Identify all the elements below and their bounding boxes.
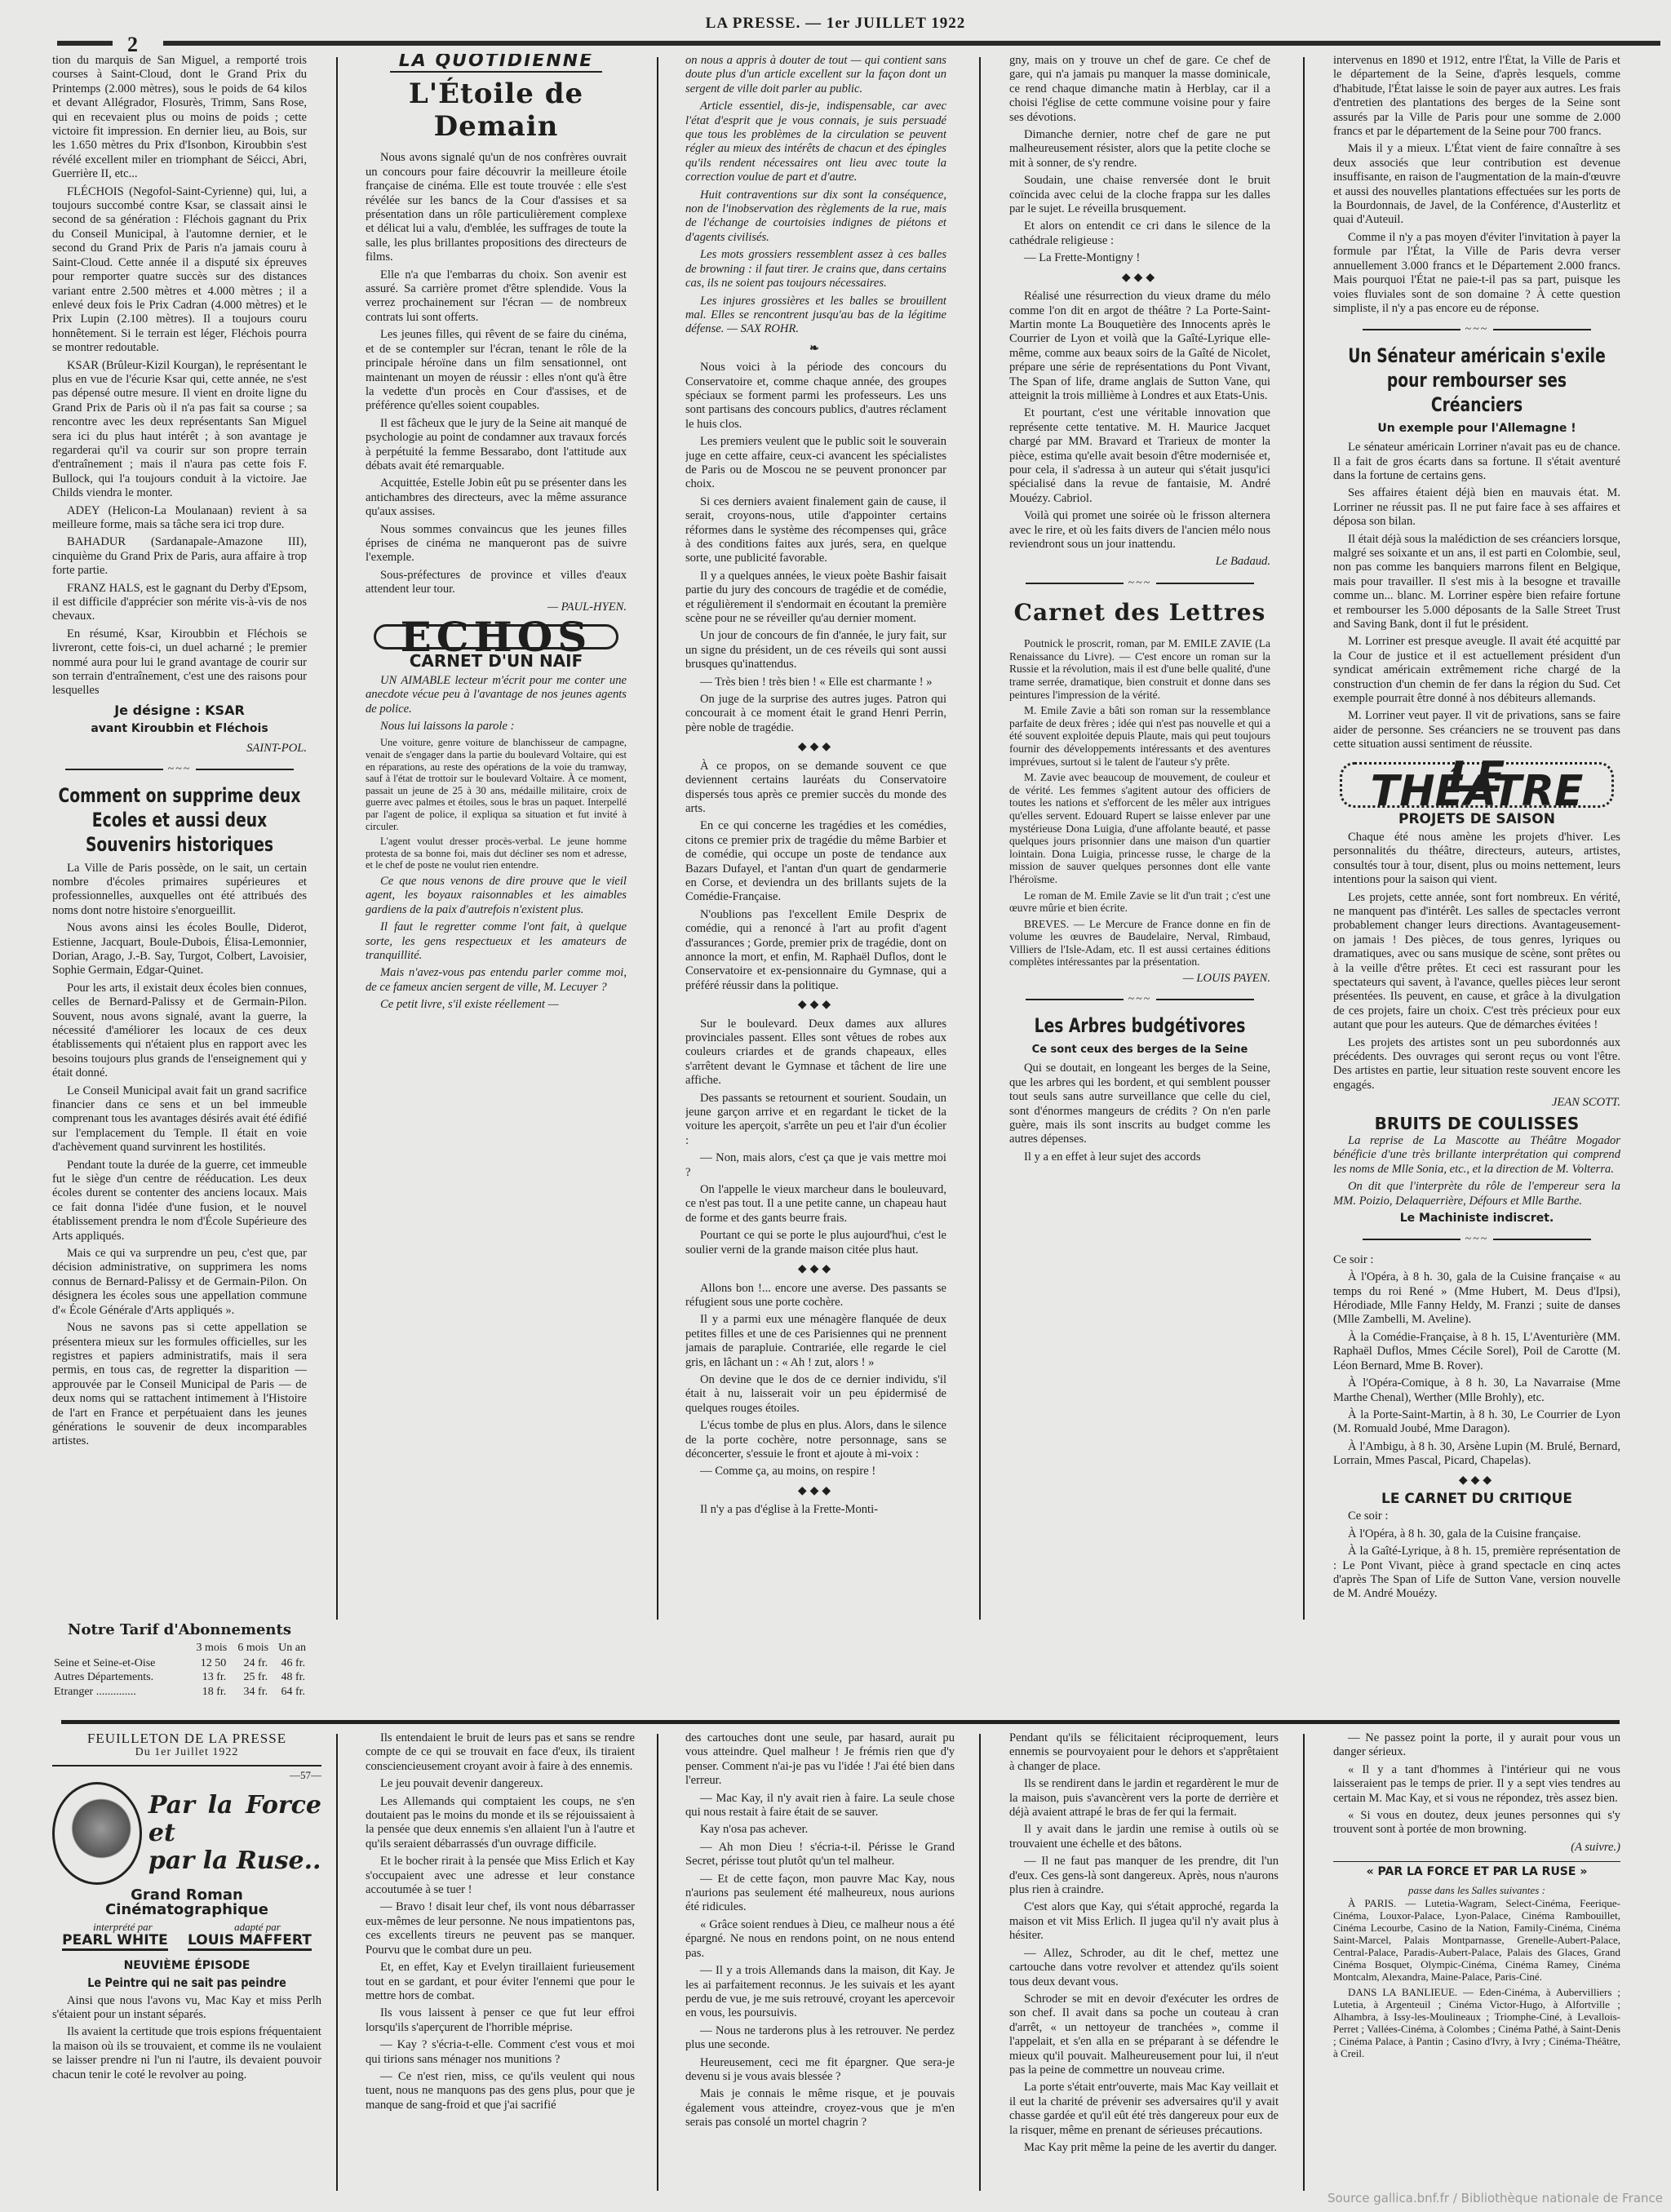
paragraph: Pour les arts, il existait deux écoles b… bbox=[52, 982, 307, 1081]
pick-line: Je désigne : KSAR bbox=[52, 703, 307, 717]
paragraph: Le jeu pouvait devenir dangereux. bbox=[366, 1777, 635, 1791]
paragraph: Il n'y a pas d'église à la Frette-Monti- bbox=[685, 1503, 946, 1517]
paragraph: ADEY (Helicon-La Moulanaan) revient à sa… bbox=[52, 504, 307, 533]
paragraph: Sur le boulevard. Deux dames aux allures… bbox=[685, 1017, 946, 1088]
feuilleton-column-3: des cartouches dont une seule, par hasar… bbox=[685, 1731, 955, 2196]
paragraph: Qui se doutait, en longeant les berges d… bbox=[1009, 1062, 1270, 1146]
paragraph: Chaque été nous amène les projets d'hive… bbox=[1333, 831, 1620, 888]
column-rule bbox=[657, 57, 658, 1620]
paragraph: — Ce n'est rien, miss, ce qu'ils veulent… bbox=[366, 2070, 635, 2112]
paragraph: « Grâce soient rendues à Dieu, ce malheu… bbox=[685, 1918, 955, 1961]
paragraph: À la Porte-Saint-Martin, à 8 h. 30, Le C… bbox=[1333, 1408, 1620, 1437]
paragraph: Des passants se retournent et sourient. … bbox=[685, 1092, 946, 1149]
paragraph: Il y a parmi eux une ménagère flanquée d… bbox=[685, 1313, 946, 1370]
column-rule bbox=[657, 1734, 658, 2191]
paragraph: — Bravo ! disait leur chef, ils vont nou… bbox=[366, 1900, 635, 1957]
paragraph: — Et de cette façon, mon pauvre Mac Kay,… bbox=[685, 1873, 955, 1915]
paragraph: Les premiers veulent que le public soit … bbox=[685, 435, 946, 492]
paragraph: Les jeunes filles, qui rêvent de se fair… bbox=[366, 328, 627, 413]
ornament: ❧ bbox=[685, 342, 946, 356]
table-header: 3 mois bbox=[186, 1640, 228, 1656]
ornament-divider: ~~~ bbox=[1009, 992, 1270, 1006]
screening-subtitle: passe dans les Salles suivantes : bbox=[1333, 1883, 1620, 1897]
subscription-table: 3 mois 6 mois Un an Seine et Seine-et-Oi… bbox=[52, 1640, 307, 1699]
paragraph: — Mac Kay, il n'y avait rien à faire. La… bbox=[685, 1792, 955, 1820]
paragraph: — Comme ça, au moins, on respire ! bbox=[685, 1465, 946, 1478]
newspaper-page: LA PRESSE. — 1er JUILLET 1922 2 tion du … bbox=[0, 0, 1671, 2212]
pick-line: avant Kiroubbin et Fléchois bbox=[52, 722, 307, 736]
paragraph: Et le bocher rirait à la pensée que Miss… bbox=[366, 1855, 635, 1897]
paragraph: — Non, mais alors, c'est ça que je vais … bbox=[685, 1151, 946, 1180]
continued-note: (A suivre.) bbox=[1333, 1841, 1620, 1855]
paragraph: À l'Opéra, à 8 h. 30, gala de la Cuisine… bbox=[1333, 1527, 1620, 1541]
feuilleton-subtitle: Grand Roman Cinématographique bbox=[52, 1888, 321, 1917]
paragraph: M. Lorriner est presque aveugle. Il avai… bbox=[1333, 635, 1620, 706]
paragraph: À l'Opéra, à 8 h. 30, gala de la Cuisine… bbox=[1333, 1270, 1620, 1328]
paragraph: À la Gaîté-Lyrique, à 8 h. 15, première … bbox=[1333, 1545, 1620, 1602]
paragraph: Ils se rendirent dans le jardin et regar… bbox=[1009, 1777, 1279, 1820]
echos-banner: ECHOS bbox=[374, 624, 618, 649]
paragraph: Schroder se mit en devoir d'exécuter les… bbox=[1009, 1993, 1279, 2077]
feuilleton-title: FEUILLETON DE LA PRESSE bbox=[52, 1731, 321, 1745]
paragraph: À l'Ambigu, à 8 h. 30, Arsène Lupin (M. … bbox=[1333, 1440, 1620, 1469]
ornament: ◆◆◆ bbox=[685, 1484, 946, 1498]
table-cell: Autres Départements. bbox=[52, 1670, 186, 1684]
table-cell: 24 fr. bbox=[228, 1656, 269, 1670]
table-cell: 48 fr. bbox=[269, 1670, 307, 1684]
rule bbox=[163, 41, 1660, 46]
paragraph: Il y avait dans le jardin une remise à o… bbox=[1009, 1823, 1279, 1851]
paragraph: Ils avaient la certitude que trois espio… bbox=[52, 2025, 321, 2082]
source-credit: Source gallica.bnf.fr / Bibliothèque nat… bbox=[1327, 2191, 1663, 2205]
ornament: ◆◆◆ bbox=[1333, 1474, 1620, 1487]
paragraph: Et, en effet, Kay et Evelyn tiraillaient… bbox=[366, 1961, 635, 2003]
paragraph: Ce soir : bbox=[1333, 1253, 1620, 1267]
installment-number: —57— bbox=[52, 1768, 321, 1782]
paragraph: FLÉCHOIS (Negofol-Saint-Cyrienne) qui, l… bbox=[52, 185, 307, 356]
paragraph: « Si vous en doutez, deux jeunes personn… bbox=[1333, 1809, 1620, 1837]
paragraph: Les projets des artistes sont un peu sub… bbox=[1333, 1036, 1620, 1093]
paragraph: Réalisé une résurrection du vieux drame … bbox=[1009, 290, 1270, 403]
paragraph: — Kay ? s'écria-t-elle. Comment c'est vo… bbox=[366, 2038, 635, 2067]
byline: — LOUIS PAYEN. bbox=[1009, 972, 1270, 986]
paragraph: Dimanche dernier, notre chef de gare ne … bbox=[1009, 128, 1270, 171]
column-rule bbox=[1303, 1734, 1305, 2191]
portrait-medallion-icon bbox=[52, 1782, 142, 1885]
paragraph: Kay n'osa pas achever. bbox=[685, 1823, 955, 1837]
column-rule bbox=[336, 57, 338, 1620]
byline: SAINT-POL. bbox=[52, 742, 307, 756]
paragraph: Mais il y a mieux. L'État vient de faire… bbox=[1333, 142, 1620, 227]
paragraph: — La Frette-Montigny ! bbox=[1009, 251, 1270, 265]
column-rule bbox=[336, 1734, 338, 2191]
article-subtitle: Ce sont ceux des berges de la Seine bbox=[1009, 1043, 1270, 1057]
paragraph: En résumé, Ksar, Kiroubbin et Fléchois s… bbox=[52, 627, 307, 698]
paragraph: Ce que nous venons de dire prouve que le… bbox=[366, 875, 627, 917]
paragraph: C'est alors que Kay, qui s'était approch… bbox=[1009, 1900, 1279, 1943]
table-row: Seine et Seine-et-Oise 12 50 24 fr. 46 f… bbox=[52, 1656, 307, 1670]
paragraph: Il y a en effet à leur sujet des accords bbox=[1009, 1150, 1270, 1164]
paragraph: Il était déjà sous la malédiction de ses… bbox=[1333, 533, 1620, 632]
column-3: on nous a appris à douter de tout — qui … bbox=[685, 54, 946, 1604]
column-rule bbox=[979, 57, 981, 1620]
byline: Le Badaud. bbox=[1009, 555, 1270, 569]
paragraph: Nous avons ainsi les écoles Boulle, Dide… bbox=[52, 921, 307, 978]
table-row: Autres Départements. 13 fr. 25 fr. 48 fr… bbox=[52, 1670, 307, 1684]
paragraph: UN AIMABLE lecteur m'écrit pour me conte… bbox=[366, 674, 627, 716]
paragraph: BAHADUR (Sardanapale-Amazone III), cinqu… bbox=[52, 535, 307, 578]
running-head: LA PRESSE. — 1er JUILLET 1922 bbox=[0, 15, 1671, 33]
paragraph: N'oublions pas l'excellent Emile Desprix… bbox=[685, 908, 946, 993]
paragraph: Pendant qu'ils se félicitaient réciproqu… bbox=[1009, 1731, 1279, 1774]
paragraph: tion du marquis de San Miguel, a remport… bbox=[52, 54, 307, 182]
article-title: Comment on supprime deux Ecoles et aussi… bbox=[55, 783, 304, 857]
column-5: intervenus en 1890 et 1912, entre l'État… bbox=[1333, 54, 1620, 1604]
paragraph: Et alors on entendit ce cri dans le sile… bbox=[1009, 219, 1270, 248]
paragraph: Ses affaires étaient déjà bien en mauvai… bbox=[1333, 486, 1620, 529]
table-cell: Etranger .............. bbox=[52, 1685, 186, 1699]
paragraph: La reprise de La Mascotte au Théâtre Mog… bbox=[1333, 1134, 1620, 1177]
paragraph: Sous-préfectures de province et villes d… bbox=[366, 569, 627, 597]
ornament: ◆◆◆ bbox=[1009, 271, 1270, 285]
paragraph: FRANZ HALS, est le gagnant du Derby d'Ep… bbox=[52, 582, 307, 624]
paragraph: À la Comédie-Française, à 8 h. 15, L'Ave… bbox=[1333, 1331, 1620, 1373]
episode-number: NEUVIÈME ÉPISODE bbox=[52, 1959, 321, 1973]
paragraph: Une voiture, genre voiture de blanchisse… bbox=[366, 737, 627, 832]
table-cell: Seine et Seine-et-Oise bbox=[52, 1656, 186, 1670]
column-rule bbox=[1303, 57, 1305, 1620]
paragraph: Huit contraventions sur dix sont la cons… bbox=[685, 188, 946, 246]
paragraph: À ce propos, on se demande souvent ce qu… bbox=[685, 760, 946, 817]
byline: Le Machiniste indiscret. bbox=[1333, 1212, 1620, 1226]
ornament-divider: ~~~ bbox=[1333, 322, 1620, 336]
paragraph: Pendant toute la durée de la guerre, cet… bbox=[52, 1159, 307, 1243]
paragraph: Si ces derniers avaient finalement gain … bbox=[685, 495, 946, 566]
paragraph: En ce qui concerne les tragédies et les … bbox=[685, 819, 946, 904]
paragraph: La Ville de Paris possède, on le sait, u… bbox=[52, 862, 307, 919]
feuilleton-column-2: Ils entendaient le bruit de leurs pas et… bbox=[366, 1731, 635, 2196]
table-row: Etranger .............. 18 fr. 34 fr. 64… bbox=[52, 1685, 307, 1699]
paragraph: La porte s'était entr'ouverte, mais Mac … bbox=[1009, 2081, 1279, 2138]
paragraph: BREVES. — Le Mercure de France donne en … bbox=[1009, 918, 1270, 969]
paragraph: À l'Opéra-Comique, à 8 h. 30, La Navarra… bbox=[1333, 1376, 1620, 1405]
paragraph: Ainsi que nous l'avons vu, Mac Kay et mi… bbox=[52, 1994, 321, 2023]
paragraph: Ils entendaient le bruit de leurs pas et… bbox=[366, 1731, 635, 1774]
credit-name: PEARL WHITE bbox=[62, 1934, 168, 1950]
paragraph: Il y a quelques années, le vieux poète B… bbox=[685, 570, 946, 627]
episode-title: Le Peintre qui ne sait pas peindre bbox=[73, 1976, 302, 1990]
table-header: 6 mois bbox=[228, 1640, 269, 1656]
paragraph: Mais je connais le même risque, et je po… bbox=[685, 2087, 955, 2130]
paragraph: Mais n'avez-vous pas entendu parler comm… bbox=[366, 966, 627, 995]
paragraph: Voilà qui promet une soirée où le frisso… bbox=[1009, 509, 1270, 552]
paragraph: Nous avons signalé qu'un de nos confrère… bbox=[366, 151, 627, 264]
subscription-title: Notre Tarif d'Abonnements bbox=[52, 1623, 307, 1637]
paragraph: — Très bien ! très bien ! « Elle est cha… bbox=[685, 676, 946, 689]
paragraph: — Nous ne tarderons plus à les retrouver… bbox=[685, 2024, 955, 2053]
paragraph: — Allez, Schroder, au dit le chef, mette… bbox=[1009, 1947, 1279, 1989]
paragraph: Soudain, une chaise renversée dont le br… bbox=[1009, 174, 1270, 216]
paragraph: Nous ne savons pas si cette appellation … bbox=[52, 1321, 307, 1449]
paragraph: Nous lui laissons la parole : bbox=[366, 720, 627, 734]
ornament: ◆◆◆ bbox=[685, 998, 946, 1012]
paragraph: Le sénateur américain Lorriner n'avait p… bbox=[1333, 441, 1620, 483]
paragraph: des cartouches dont une seule, par hasar… bbox=[685, 1731, 955, 1789]
section-heading: LE CARNET DU CRITIQUE bbox=[1333, 1492, 1620, 1506]
table-header bbox=[52, 1640, 186, 1656]
rule bbox=[57, 41, 113, 46]
paragraph: On l'appelle le vieux marcheur dans le b… bbox=[685, 1183, 946, 1226]
column-1: tion du marquis de San Miguel, a remport… bbox=[52, 54, 307, 1604]
feuilleton-rule bbox=[61, 1720, 1620, 1724]
paragraph: Un jour de concours de fin d'année, le j… bbox=[685, 629, 946, 672]
paragraph: Le roman de M. Emile Zavie se lit d'un t… bbox=[1009, 889, 1270, 915]
paragraph: Les projets, cette année, sont fort nomb… bbox=[1333, 891, 1620, 1033]
feuilleton-column-1: FEUILLETON DE LA PRESSE Du 1er Juillet 1… bbox=[52, 1731, 321, 2196]
feuilleton-logo-title: par la Ruse.. bbox=[148, 1847, 321, 1875]
page-band: 2 bbox=[57, 36, 1664, 52]
paragraph: Nous sommes convaincus que les jeunes fi… bbox=[366, 523, 627, 565]
paragraph: Les injures grossières et les balles se … bbox=[685, 295, 946, 337]
article-title: Carnet des Lettres bbox=[1009, 596, 1270, 629]
theatre-banner: LE THÉATRE bbox=[1340, 762, 1614, 809]
table-cell: 64 fr. bbox=[269, 1685, 307, 1699]
paragraph: Les mots grossiers ressemblent assez à c… bbox=[685, 248, 946, 290]
table-cell: 25 fr. bbox=[228, 1670, 269, 1684]
paragraph: M. Emile Zavie a bâti son roman sur la r… bbox=[1009, 704, 1270, 768]
paragraph: Les Allemands qui comptaient les coups, … bbox=[366, 1795, 635, 1852]
paragraph: gny, mais on y trouve un chef de gare. C… bbox=[1009, 54, 1270, 125]
section-kicker: LA QUOTIDIENNE bbox=[390, 54, 602, 73]
article-title: L'Étoile de Demain bbox=[366, 78, 627, 143]
column-4: gny, mais on y trouve un chef de gare. C… bbox=[1009, 54, 1270, 1604]
paragraph: Acquittée, Estelle Jobin eût pu se prése… bbox=[366, 477, 627, 519]
article-subtitle: Un exemple pour l'Allemagne ! bbox=[1333, 422, 1620, 436]
paragraph: Heureusement, ceci me fit épargner. Que … bbox=[685, 2056, 955, 2085]
paragraph: Ce soir : bbox=[1333, 1509, 1620, 1523]
paragraph: Pourtant ce qui se porte le plus aujourd… bbox=[685, 1229, 946, 1257]
paragraph: « Il y a tant d'hommes à l'intérieur qui… bbox=[1333, 1763, 1620, 1806]
table-cell: 18 fr. bbox=[186, 1685, 228, 1699]
ornament-divider: ~~~ bbox=[52, 762, 307, 776]
paragraph: On juge de la surprise des autres juges.… bbox=[685, 693, 946, 735]
paragraph: Elle n'a que l'embarras du choix. Son av… bbox=[366, 268, 627, 326]
credit-name: LOUIS MAFFERT bbox=[188, 1934, 312, 1950]
article-title: Les Arbres budgétivores bbox=[1013, 1013, 1267, 1038]
paragraph: Le Conseil Municipal avait fait un grand… bbox=[52, 1084, 307, 1155]
article-title: Un Sénateur américain s'exile pour rembo… bbox=[1340, 344, 1615, 417]
paragraph: intervenus en 1890 et 1912, entre l'État… bbox=[1333, 54, 1620, 139]
feuilleton-logo-title: Par la Force et bbox=[148, 1792, 321, 1847]
byline: JEAN SCOTT. bbox=[1333, 1096, 1620, 1110]
paragraph: On devine que le dos de ce dernier indiv… bbox=[685, 1373, 946, 1416]
paragraph: Mais ce qui va surprendre un peu, c'est … bbox=[52, 1247, 307, 1318]
paragraph: on nous a appris à douter de tout — qui … bbox=[685, 54, 946, 96]
section-heading: BRUITS DE COULISSES bbox=[1333, 1117, 1620, 1131]
table-cell: 34 fr. bbox=[228, 1685, 269, 1699]
column-rule bbox=[979, 1734, 981, 2191]
feuilleton-date: Du 1er Juillet 1922 bbox=[52, 1745, 321, 1759]
paragraph: Ce petit livre, s'il existe réellement — bbox=[366, 998, 627, 1012]
ornament: ◆◆◆ bbox=[685, 740, 946, 754]
table-cell: 12 50 bbox=[186, 1656, 228, 1670]
paragraph: — Ah mon Dieu ! s'écria-t-il. Périsse le… bbox=[685, 1841, 955, 1869]
feuilleton-column-4: Pendant qu'ils se félicitaient réciproqu… bbox=[1009, 1731, 1279, 2196]
paragraph: — Ne passez point la porte, il y aurait … bbox=[1333, 1731, 1620, 1760]
ornament-divider: ~~~ bbox=[1333, 1232, 1620, 1246]
paragraph: Allons bon !... encore une averse. Des p… bbox=[685, 1282, 946, 1310]
screening-banner: « PAR LA FORCE ET PAR LA RUSE » bbox=[1333, 1861, 1620, 1879]
paragraph: Il est fâcheux que le jury de la Seine a… bbox=[366, 417, 627, 474]
paragraph: À PARIS. — Lutetia-Wagram, Select-Cinéma… bbox=[1333, 1897, 1620, 1983]
paragraph: KSAR (Brûleur-Kizil Kourgan), le représe… bbox=[52, 359, 307, 501]
table-cell: 46 fr. bbox=[269, 1656, 307, 1670]
paragraph: Article essentiel, dis-je, indispensable… bbox=[685, 100, 946, 184]
paragraph: L'agent voulut dresser procès-verbal. Le… bbox=[366, 836, 627, 871]
paragraph: Il faut le regretter comme l'ont fait, à… bbox=[366, 920, 627, 963]
paragraph: L'écus tombe de plus en plus. Alors, dan… bbox=[685, 1419, 946, 1461]
paragraph: — Il y a trois Allemands dans la maison,… bbox=[685, 1964, 955, 2021]
ornament-divider: ~~~ bbox=[1009, 576, 1270, 590]
paragraph: DANS LA BANLIEUE. — Eden-Cinéma, à Auber… bbox=[1333, 1986, 1620, 2059]
paragraph: Mac Kay prit même la peine de les averti… bbox=[1009, 2141, 1279, 2155]
paragraph: Ils vous laissent à penser ce que fut le… bbox=[366, 2006, 635, 2035]
subscription-box: Notre Tarif d'Abonnements 3 mois 6 mois … bbox=[52, 1620, 307, 1716]
ornament: ◆◆◆ bbox=[685, 1262, 946, 1276]
paragraph: Comme il n'y a pas moyen d'éviter l'invi… bbox=[1333, 231, 1620, 316]
paragraph: — Il ne faut pas manquer de les prendre,… bbox=[1009, 1855, 1279, 1897]
feuilleton-column-5: — Ne passez point la porte, il y aurait … bbox=[1333, 1731, 1620, 2196]
paragraph: M. Zavie avec beaucoup de mouvement, de … bbox=[1009, 771, 1270, 885]
column-2: LA QUOTIDIENNE L'Étoile de Demain Nous a… bbox=[366, 54, 627, 1604]
paragraph: Et pourtant, c'est une véritable innovat… bbox=[1009, 406, 1270, 506]
paragraph: Poutnick le proscrit, roman, par M. EMIL… bbox=[1009, 637, 1270, 701]
paragraph: M. Lorriner veut payer. Il vit de privat… bbox=[1333, 709, 1620, 751]
paragraph: Nous voici à la période des concours du … bbox=[685, 361, 946, 432]
table-cell: 13 fr. bbox=[186, 1670, 228, 1684]
paragraph: On dit que l'interprète du rôle de l'emp… bbox=[1333, 1180, 1620, 1208]
table-header: Un an bbox=[269, 1640, 307, 1656]
